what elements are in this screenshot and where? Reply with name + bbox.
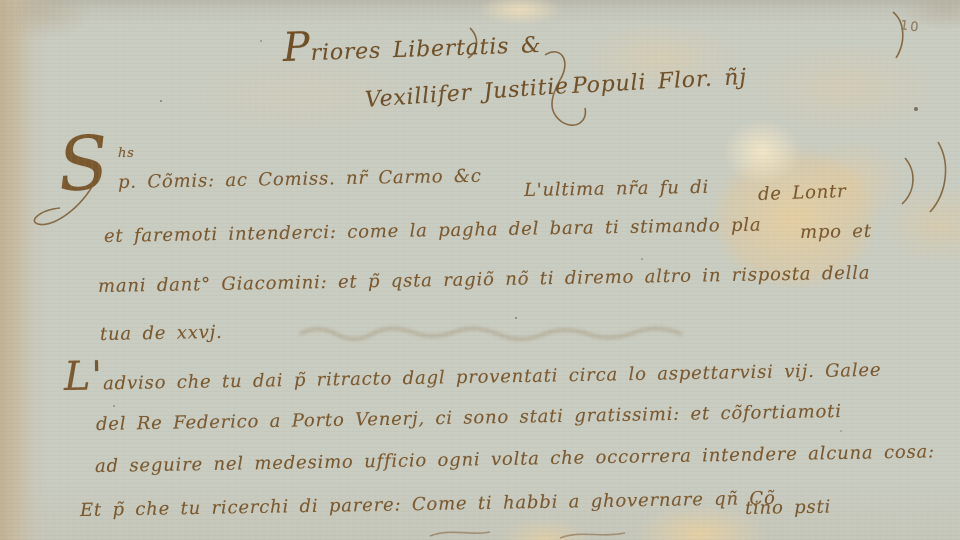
ink-bleed-through [300, 328, 682, 339]
flourish-after-lontr [902, 158, 913, 204]
body-para2-line-1: L'adviso che tu dai p̃ ritracto dagl pro… [64, 358, 882, 395]
flourish-right-margin [930, 142, 946, 212]
body-line-1-mid: L'ultima nr̃a fu di [524, 177, 709, 201]
body-line-1-left: p. Cõmis: ac Comiss. nr̃ Carmo &c [118, 166, 482, 193]
manuscript-page: 10 Priores Libertatis & Vexillifer Justi… [0, 0, 960, 540]
folio-number: 10 [899, 18, 921, 36]
salutation-initial: S [56, 132, 112, 195]
body-para2-line-4-right: tino psti [745, 496, 831, 518]
body-para2-line-2: del Re Federico a Porto Venerj, ci sono … [96, 401, 842, 435]
heading-line-3: Populi Flor. ñj [571, 65, 747, 99]
heading-line-2: Vexillifer Justitie [364, 74, 570, 113]
salutation-superscript: hs [118, 146, 135, 161]
body-line-4: tua de xxvj. [100, 322, 223, 345]
flourish-bottom-partial [430, 532, 625, 538]
ink-speck [160, 100, 162, 102]
heading-line-1: Priores Libertatis & [283, 33, 542, 67]
body-line-3: mani dant° Giacomini: et p̃ qsta ragiõ n… [98, 263, 871, 297]
body-line-2-left: et faremoti intenderci: come la pagha de… [104, 215, 762, 247]
body-para2-line-3: ad seguire nel medesimo ufficio ogni vol… [95, 441, 935, 477]
body-line-1-right: de Lontr [758, 181, 847, 205]
body-line-2-right: mpo et [800, 221, 872, 243]
body-para2-line-4-left: Et p̃ che tu ricerchi di parere: Come ti… [80, 488, 776, 521]
